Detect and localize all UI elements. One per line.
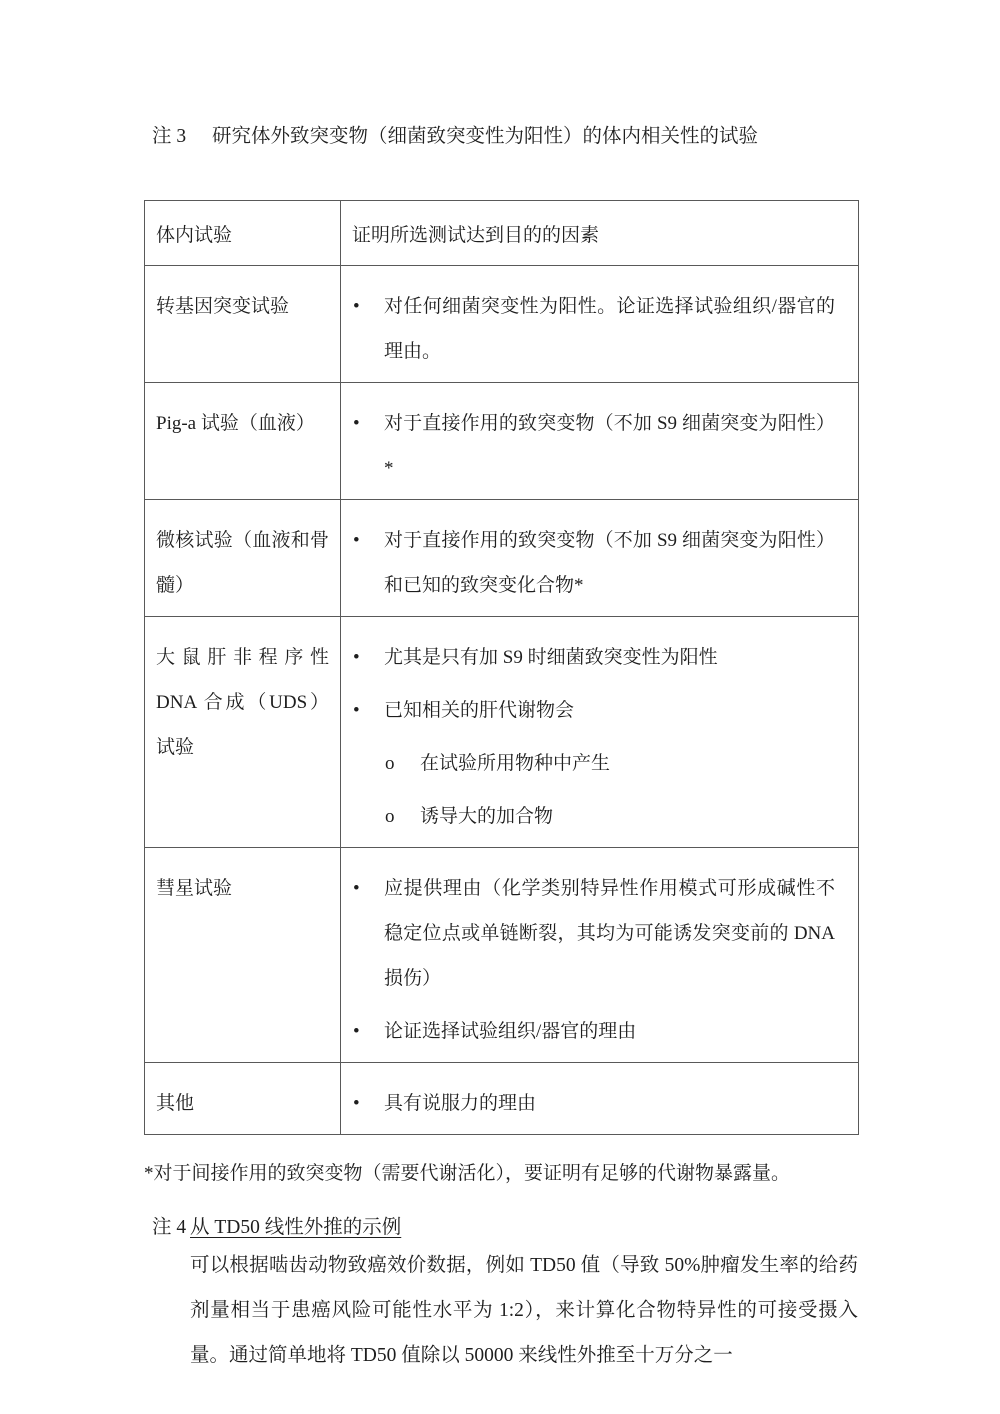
factors-cell: •对任何细菌突变性为阳性。论证选择试验组织/器官的理由。 — [341, 266, 859, 383]
factor-text: 具有说服力的理由 — [384, 1081, 835, 1126]
table-row: 其他•具有说服力的理由 — [145, 1063, 859, 1135]
factor-text: 尤其是只有加 S9 时细菌致突变性为阳性 — [384, 635, 835, 680]
document-page: 注 3 研究体外致突变物（细菌致突变性为阳性）的体内相关性的试验 体内试验 证明… — [0, 0, 1000, 1414]
factors-cell: •具有说服力的理由 — [341, 1063, 859, 1135]
factor-text: 对任何细菌突变性为阳性。论证选择试验组织/器官的理由。 — [384, 284, 835, 374]
factor-item: •对任何细菌突变性为阳性。论证选择试验组织/器官的理由。 — [353, 284, 835, 374]
in-vivo-test-cell: 转基因突变试验 — [145, 266, 341, 383]
dot-bullet-icon: • — [353, 284, 384, 374]
circle-bullet-icon: o — [385, 741, 420, 786]
sub-factor-item: o诱导大的加合物 — [385, 794, 835, 839]
in-vivo-test-cell: 大鼠肝非程序性 DNA 合成（UDS）试验 — [145, 617, 341, 848]
factor-item: •论证选择试验组织/器官的理由 — [353, 1009, 835, 1054]
table-row: 彗星试验•应提供理由（化学类别特异性作用模式可形成碱性不稳定位点或单链断裂，其均… — [145, 848, 859, 1063]
circle-bullet-icon: o — [385, 794, 420, 839]
factor-item: •对于直接作用的致突变物（不加 S9 细菌突变为阳性）* — [353, 401, 835, 491]
in-vivo-test-cell: 其他 — [145, 1063, 341, 1135]
factor-item: •尤其是只有加 S9 时细菌致突变性为阳性 — [353, 635, 835, 680]
factors-cell: •对于直接作用的致突变物（不加 S9 细菌突变为阳性）* — [341, 383, 859, 500]
in-vivo-test-cell: Pig-a 试验（血液） — [145, 383, 341, 500]
column-header-factors: 证明所选测试达到目的的因素 — [341, 201, 859, 266]
note3-label: 注 3 — [152, 122, 212, 152]
table-row: Pig-a 试验（血液）•对于直接作用的致突变物（不加 S9 细菌突变为阳性）* — [145, 383, 859, 500]
note4-heading: 注 4 从 TD50 线性外推的示例 — [152, 1213, 858, 1243]
factor-text: 对于直接作用的致突变物（不加 S9 细菌突变为阳性）和已知的致突变化合物* — [384, 518, 835, 608]
factor-item: •具有说服力的理由 — [353, 1081, 835, 1126]
factor-text: 已知相关的肝代谢物会 — [384, 688, 835, 733]
factor-item: •应提供理由（化学类别特异性作用模式可形成碱性不稳定位点或单链断裂，其均为可能诱… — [353, 866, 835, 1001]
in-vivo-tests-table: 体内试验 证明所选测试达到目的的因素 转基因突变试验•对任何细菌突变性为阳性。论… — [144, 200, 859, 1135]
note4-body: 可以根据啮齿动物致癌效价数据，例如 TD50 值（导致 50%肿瘤发生率的给药剂… — [190, 1243, 858, 1378]
in-vivo-test-cell: 彗星试验 — [145, 848, 341, 1063]
factors-cell: •应提供理由（化学类别特异性作用模式可形成碱性不稳定位点或单链断裂，其均为可能诱… — [341, 848, 859, 1063]
factor-text: 诱导大的加合物 — [420, 794, 835, 839]
factor-text: 在试验所用物种中产生 — [420, 741, 835, 786]
table-row: 大鼠肝非程序性 DNA 合成（UDS）试验•尤其是只有加 S9 时细菌致突变性为… — [145, 617, 859, 848]
factors-cell: •对于直接作用的致突变物（不加 S9 细菌突变为阳性）和已知的致突变化合物* — [341, 500, 859, 617]
note4-title: 从 TD50 线性外推的示例 — [190, 1213, 401, 1243]
in-vivo-test-cell: 微核试验（血液和骨髓） — [145, 500, 341, 617]
factors-cell: •尤其是只有加 S9 时细菌致突变性为阳性•已知相关的肝代谢物会o在试验所用物种… — [341, 617, 859, 848]
factor-item: •对于直接作用的致突变物（不加 S9 细菌突变为阳性）和已知的致突变化合物* — [353, 518, 835, 608]
dot-bullet-icon: • — [353, 1009, 384, 1054]
footnote: *对于间接作用的致突变物（需要代谢活化），要证明有足够的代谢物暴露量。 — [144, 1159, 858, 1189]
sub-factor-item: o在试验所用物种中产生 — [385, 741, 835, 786]
note4-label: 注 4 — [152, 1213, 190, 1243]
dot-bullet-icon: • — [353, 401, 384, 491]
dot-bullet-icon: • — [353, 635, 384, 680]
column-header-in-vivo-test: 体内试验 — [145, 201, 341, 266]
table-header-row: 体内试验 证明所选测试达到目的的因素 — [145, 201, 859, 266]
factor-text: 对于直接作用的致突变物（不加 S9 细菌突变为阳性）* — [384, 401, 835, 491]
note3-heading: 注 3 研究体外致突变物（细菌致突变性为阳性）的体内相关性的试验 — [152, 122, 858, 152]
factor-item: •已知相关的肝代谢物会 — [353, 688, 835, 733]
dot-bullet-icon: • — [353, 518, 384, 608]
dot-bullet-icon: • — [353, 1081, 384, 1126]
table-row: 转基因突变试验•对任何细菌突变性为阳性。论证选择试验组织/器官的理由。 — [145, 266, 859, 383]
factor-text: 应提供理由（化学类别特异性作用模式可形成碱性不稳定位点或单链断裂，其均为可能诱发… — [384, 866, 835, 1001]
factor-text: 论证选择试验组织/器官的理由 — [384, 1009, 835, 1054]
dot-bullet-icon: • — [353, 688, 384, 733]
note3-title: 研究体外致突变物（细菌致突变性为阳性）的体内相关性的试验 — [212, 122, 858, 152]
dot-bullet-icon: • — [353, 866, 384, 1001]
table-row: 微核试验（血液和骨髓）•对于直接作用的致突变物（不加 S9 细菌突变为阳性）和已… — [145, 500, 859, 617]
